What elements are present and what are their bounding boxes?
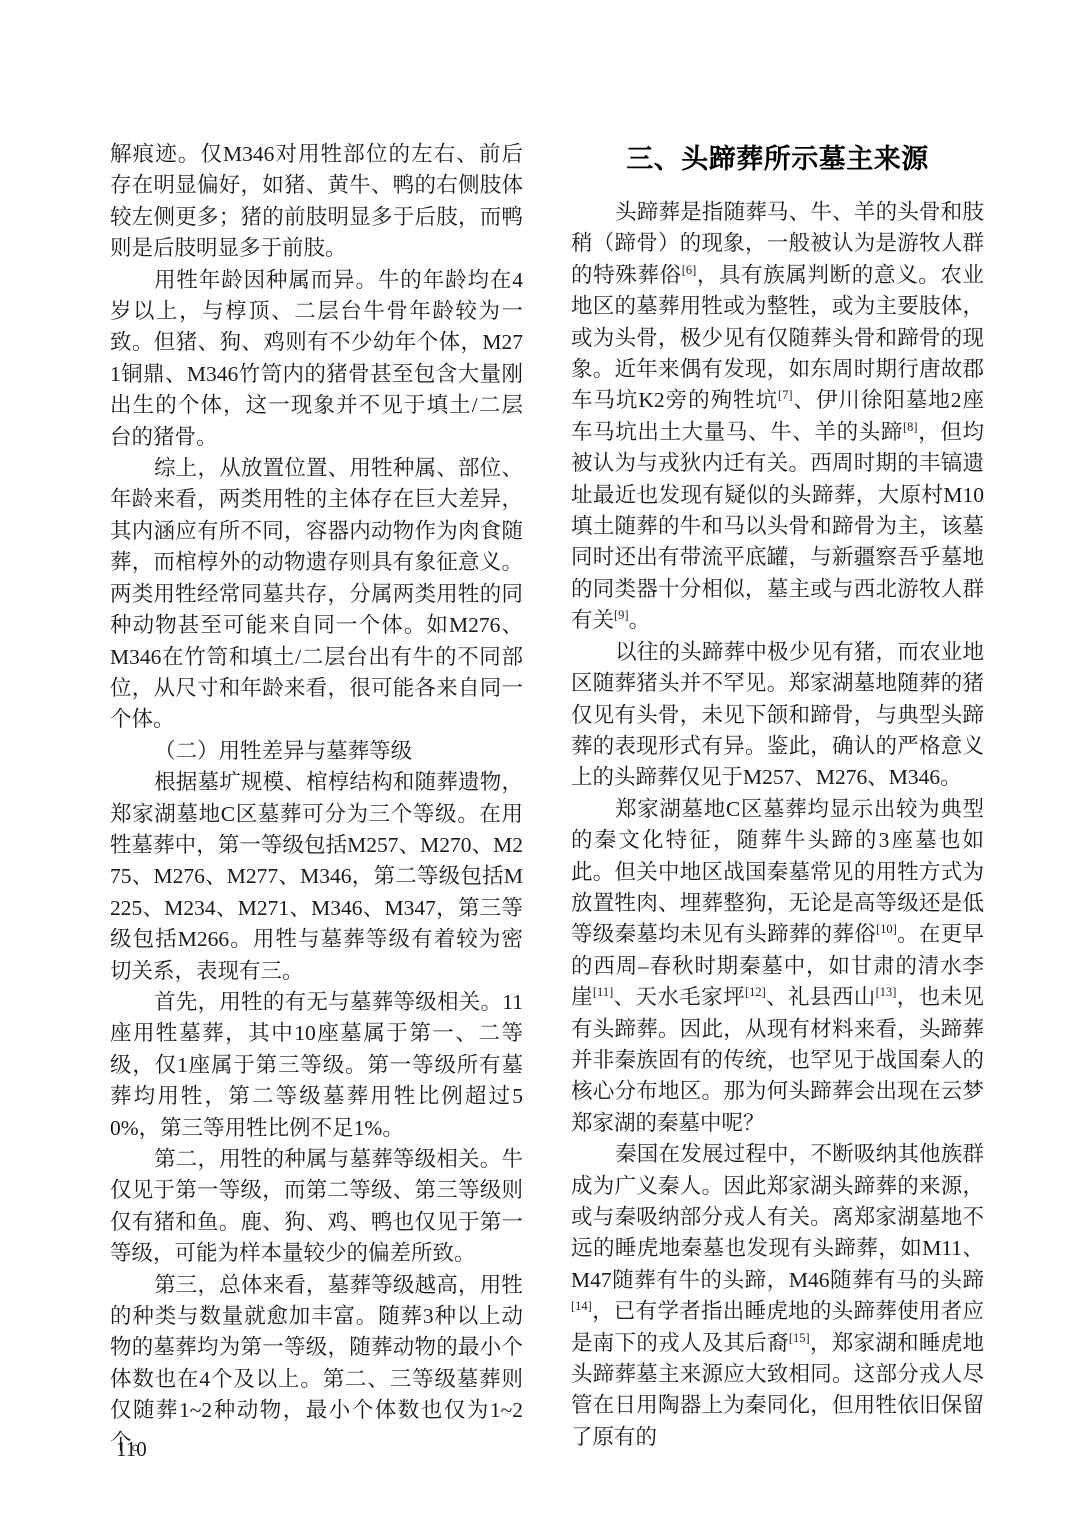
paragraph: 以往的头蹄葬中极少见有猪，而农业地区随葬猪头并不罕见。郑家湖墓地随葬的猪仅见有头…: [571, 637, 984, 794]
citation-ref: [6]: [682, 263, 697, 277]
paragraph-continuation: 解痕迹。仅M346对用牲部位的左右、前后存在明显偏好，如猪、黄牛、鸭的右侧肢体较…: [110, 139, 523, 265]
subsection-heading: （二）用牲差异与墓葬等级: [110, 736, 523, 767]
paragraph: 头蹄葬是指随葬马、牛、羊的头骨和肢稍（蹄骨）的现象，一般被认为是游牧人群的特殊葬…: [571, 197, 984, 637]
citation-ref: [11]: [593, 985, 613, 999]
citation-ref: [9]: [614, 608, 629, 622]
paragraph: 第二，用牲的种属与墓葬等级相关。牛仅见于第一等级，而第二等级、第三等级则仅有猪和…: [110, 1144, 523, 1270]
page-number: 110: [116, 1436, 147, 1462]
paragraph: 根据墓圹规模、棺椁结构和随葬遗物，郑家湖墓地C区墓葬可分为三个等级。在用牲墓葬中…: [110, 767, 523, 987]
paragraph: 第三，总体来看，墓葬等级越高，用牲的种类与数量就愈加丰富。随葬3种以上动物的墓葬…: [110, 1270, 523, 1458]
journal-page: 解痕迹。仅M346对用牲部位的左右、前后存在明显偏好，如猪、黄牛、鸭的右侧肢体较…: [0, 0, 1080, 1519]
paragraph: 首先，用牲的有无与墓葬等级相关。11座用牲墓葬，其中10座墓属于第一、二等级，仅…: [110, 987, 523, 1144]
citation-ref: [8]: [903, 420, 918, 434]
paragraph: 郑家湖墓地C区墓葬均显示出较为典型的秦文化特征，随葬牛头蹄的3座墓也如此。但关中…: [571, 794, 984, 1139]
left-column: 解痕迹。仅M346对用牲部位的左右、前后存在明显偏好，如猪、黄牛、鸭的右侧肢体较…: [110, 139, 523, 1458]
paragraph: 综上，从放置位置、用牲种属、部位、年龄来看，两类用牲的主体存在巨大差异，其内涵应…: [110, 453, 523, 736]
citation-ref: [13]: [876, 985, 897, 999]
citation-ref: [14]: [571, 1299, 592, 1313]
paragraph: 秦国在发展过程中，不断吸纳其他族群成为广义秦人。因此郑家湖头蹄葬的来源，或与秦吸…: [571, 1139, 984, 1453]
paragraph: 用牲年龄因种属而异。牛的年龄均在4岁以上，与椁顶、二层台牛骨年龄较为一致。但猪、…: [110, 265, 523, 453]
section-heading: 三、头蹄葬所示墓主来源: [571, 141, 984, 177]
right-column: 三、头蹄葬所示墓主来源 头蹄葬是指随葬马、牛、羊的头骨和肢稍（蹄骨）的现象，一般…: [571, 139, 984, 1458]
citation-ref: [10]: [876, 922, 897, 936]
citation-ref: [12]: [745, 985, 766, 999]
citation-ref: [15]: [789, 1330, 810, 1344]
citation-ref: [7]: [778, 388, 793, 402]
two-column-text-area: 解痕迹。仅M346对用牲部位的左右、前后存在明显偏好，如猪、黄牛、鸭的右侧肢体较…: [110, 139, 984, 1458]
